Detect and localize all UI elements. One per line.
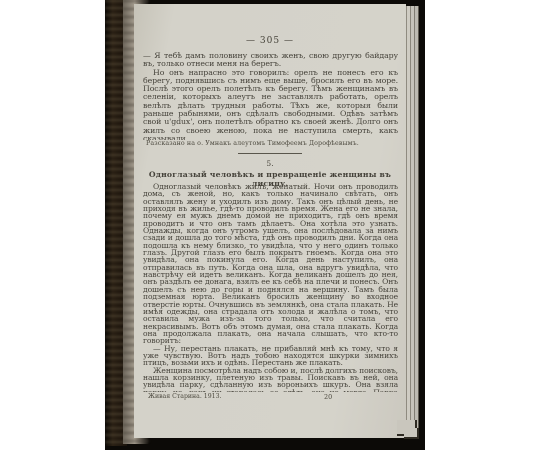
section-divider-rule	[238, 153, 302, 154]
signature-number: 20	[324, 393, 332, 401]
story-text: Одноглазый человѣкъ жилъ, женатый. Ночи …	[143, 183, 398, 392]
page-corner-steps	[404, 428, 419, 439]
tale-attribution: Разсказано на о. Умнакъ алеутомъ Тимофее…	[146, 140, 398, 147]
screenshot-canvas: — 305 — — Я тебѣ дамъ половину своихъ же…	[0, 0, 550, 450]
page-fore-edges	[406, 6, 419, 436]
page-number: — 305 —	[134, 36, 406, 46]
continuation-paragraphs: — Я тебѣ дамъ половину своихъ женъ, свою…	[143, 52, 398, 140]
section-number: 5.	[134, 159, 406, 168]
continuation-dialog: — Я тебѣ дамъ половину своихъ женъ, свою…	[143, 52, 398, 69]
story-dialog: — Ну, перестань плакать, не прибавляй мн…	[143, 345, 398, 367]
story-paragraph: Одноглазый человѣкъ жилъ, женатый. Ночи …	[143, 183, 398, 345]
journal-footer: Живая Старина. 1913.	[148, 393, 222, 400]
book-photo: — 305 — — Я тебѣ дамъ половину своихъ же…	[105, 0, 425, 450]
story-paragraph: Женщина посмотрѣла надъ собою и, послѣ д…	[143, 367, 398, 392]
book-page: — 305 — — Я тебѣ дамъ половину своихъ же…	[134, 4, 406, 438]
continuation-narrative: Но онъ напрасно это говорилъ: орелъ не п…	[143, 69, 398, 140]
